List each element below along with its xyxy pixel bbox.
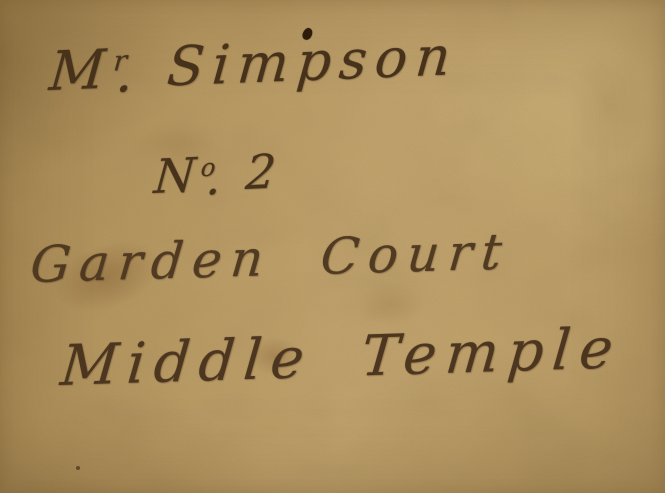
number-initial: N (152, 148, 202, 205)
address-line-recipient: Mr.Simpson (47, 24, 461, 103)
address-line-street: Garden Court (28, 222, 513, 294)
address-line-number: No.2 (152, 144, 283, 205)
paper-stain (568, 52, 648, 162)
abbreviation-dot: . (204, 151, 223, 207)
street-name: Garden Court (28, 222, 513, 294)
house-number: 2 (244, 144, 283, 201)
honorific-initial: M (47, 37, 116, 103)
district-name: Middle Temple (58, 316, 625, 399)
paper-sheet: Mr.Simpson No.2 Garden Court Middle Temp… (0, 0, 665, 493)
paper-stain (356, 282, 426, 326)
recipient-name: Simpson (165, 24, 461, 98)
ink-speck (76, 466, 80, 470)
address-line-district: Middle Temple (58, 316, 625, 399)
